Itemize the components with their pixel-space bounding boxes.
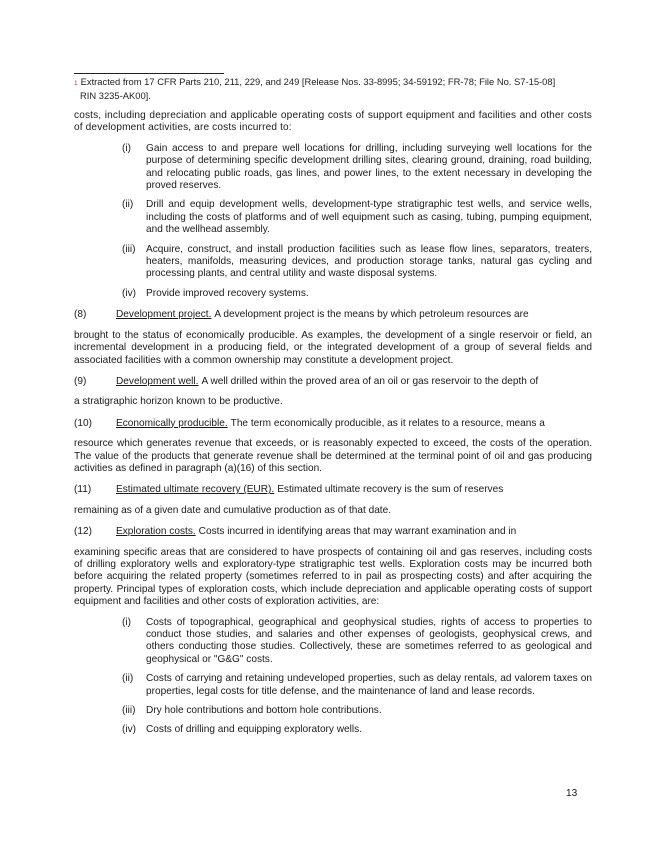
- section-estimated-ultimate-recovery: (11)Estimated ultimate recovery (EUR).Es…: [74, 484, 592, 517]
- list-marker: (iv): [122, 724, 136, 736]
- section-lead: A well drilled within the proved area of…: [201, 376, 538, 388]
- list-marker: (iii): [122, 705, 135, 717]
- section-body: examining specific areas that are consid…: [74, 547, 592, 609]
- section-body: remaining as of a given date and cumulat…: [74, 505, 592, 517]
- section-development-well: (9)Development well.A well drilled withi…: [74, 376, 592, 409]
- list-item: (i)Costs of topographical, geographical …: [74, 617, 592, 667]
- list-item-text: Gain access to and prepare well location…: [146, 143, 592, 191]
- list-marker: (i): [122, 143, 131, 155]
- list-item: (iii)Dry hole contributions and bottom h…: [74, 705, 592, 717]
- document-body: costs, including depreciation and applic…: [74, 110, 592, 744]
- list-item-text: Provide improved recovery systems.: [146, 288, 309, 299]
- section-lead: Costs incurred in identifying areas that…: [199, 526, 517, 538]
- section-lead: A development project is the means by wh…: [214, 309, 528, 321]
- section-title: Estimated ultimate recovery (EUR).: [116, 484, 274, 496]
- list-marker: (ii): [122, 673, 133, 685]
- list-marker: (iii): [122, 244, 135, 256]
- list-item-text: Costs of topographical, geographical and…: [146, 617, 592, 665]
- development-costs-list: (i)Gain access to and prepare well locat…: [74, 143, 592, 300]
- section-development-project: (8)Development project.A development pro…: [74, 309, 592, 367]
- section-body: brought to the status of economically pr…: [74, 330, 592, 367]
- exploration-costs-list: (i)Costs of topographical, geographical …: [74, 617, 592, 737]
- footnote: 1Extracted from 17 CFR Parts 210, 211, 2…: [74, 76, 594, 102]
- list-item: (iii)Acquire, construct, and install pro…: [74, 244, 592, 281]
- section-body: resource which generates revenue that ex…: [74, 438, 592, 475]
- list-item-text: Costs of carrying and retaining undevelo…: [146, 673, 592, 696]
- section-title: Exploration costs.: [116, 526, 196, 538]
- section-exploration-costs: (12)Exploration costs.Costs incurred in …: [74, 526, 592, 737]
- list-item-text: Costs of drilling and equipping explorat…: [146, 724, 362, 735]
- section-title: Economically producible.: [116, 418, 228, 430]
- list-item: (iv)Costs of drilling and equipping expl…: [74, 724, 592, 736]
- list-item: (i)Gain access to and prepare well locat…: [74, 143, 592, 193]
- footnote-text: Extracted from 17 CFR Parts 210, 211, 22…: [81, 76, 556, 87]
- list-item: (ii)Drill and equip development wells, d…: [74, 199, 592, 236]
- page-number: 13: [566, 788, 577, 799]
- section-economically-producible: (10)Economically producible.The term eco…: [74, 418, 592, 476]
- list-marker: (i): [122, 617, 131, 629]
- list-marker: (ii): [122, 199, 133, 211]
- footnote-separator: [74, 73, 224, 74]
- list-item: (iv)Provide improved recovery systems.: [74, 288, 592, 300]
- section-title: Development project.: [116, 309, 211, 321]
- section-number: (11): [74, 484, 116, 496]
- section-title: Development well.: [116, 376, 198, 388]
- footnote-text-continued: RIN 3235-AK00].: [74, 90, 594, 102]
- footnote-number: 1: [74, 80, 78, 87]
- section-number: (9): [74, 376, 116, 388]
- section-body: a stratigraphic horizon known to be prod…: [74, 396, 592, 408]
- section-number: (12): [74, 526, 116, 538]
- list-item-text: Drill and equip development wells, devel…: [146, 199, 592, 235]
- list-item-text: Acquire, construct, and install producti…: [146, 244, 592, 280]
- section-lead: Estimated ultimate recovery is the sum o…: [277, 484, 503, 496]
- section-number: (10): [74, 418, 116, 430]
- section-number: (8): [74, 309, 116, 321]
- intro-paragraph: costs, including depreciation and applic…: [74, 110, 592, 135]
- list-marker: (iv): [122, 288, 136, 300]
- section-lead: The term economically producible, as it …: [231, 418, 545, 430]
- document-page: 1Extracted from 17 CFR Parts 210, 211, 2…: [0, 0, 650, 842]
- list-item: (ii)Costs of carrying and retaining unde…: [74, 673, 592, 698]
- list-item-text: Dry hole contributions and bottom hole c…: [146, 705, 382, 716]
